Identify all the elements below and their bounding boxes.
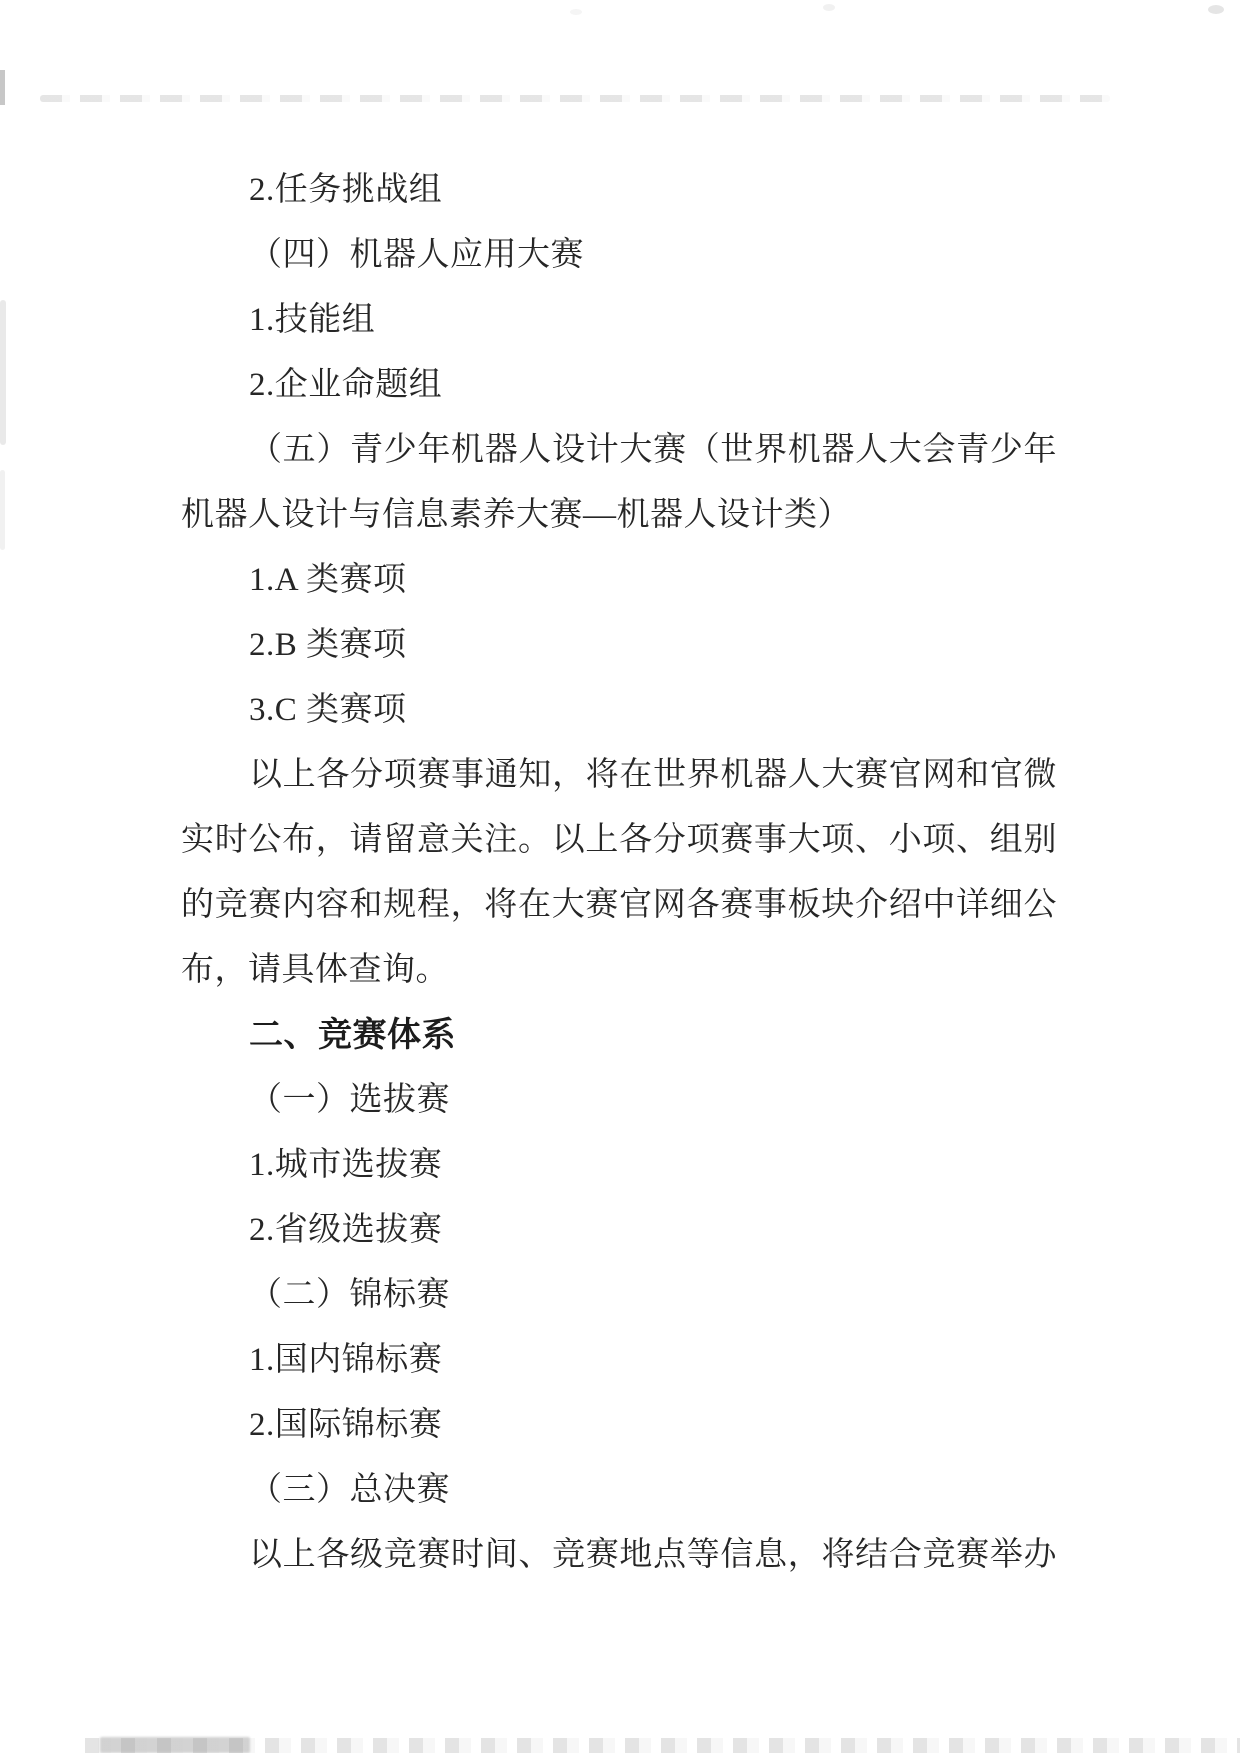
text-line: 布，请具体查询。 bbox=[181, 938, 1057, 1003]
scan-speck bbox=[1208, 5, 1224, 14]
text-line: 的竞赛内容和规程，将在大赛官网各赛事板块介绍中详细公 bbox=[181, 873, 1057, 938]
scan-edge-smudge bbox=[0, 300, 6, 445]
document-body: 2.任务挑战组（四）机器人应用大赛1.技能组2.企业命题组（五）青少年机器人设计… bbox=[181, 158, 1057, 1588]
text-line: 2.国际锦标赛 bbox=[181, 1393, 1057, 1458]
text-line: 以上各级竞赛时间、竞赛地点等信息，将结合竞赛举办 bbox=[181, 1523, 1057, 1588]
text-line: 以上各分项赛事通知，将在世界机器人大赛官网和官微 bbox=[181, 743, 1057, 808]
text-line: 2.企业命题组 bbox=[181, 353, 1057, 418]
text-line: （三）总决赛 bbox=[181, 1458, 1057, 1523]
text-line: （一）选拔赛 bbox=[181, 1068, 1057, 1133]
document-page: 2.任务挑战组（四）机器人应用大赛1.技能组2.企业命题组（五）青少年机器人设计… bbox=[0, 0, 1240, 1753]
text-line: （五）青少年机器人设计大赛（世界机器人大会青少年 bbox=[181, 418, 1057, 483]
text-line: （四）机器人应用大赛 bbox=[181, 223, 1057, 288]
scan-edge-smudge bbox=[0, 470, 5, 550]
text-line: 1.A 类赛项 bbox=[181, 548, 1057, 613]
text-line: 1.城市选拔赛 bbox=[181, 1133, 1057, 1198]
text-line: 3.C 类赛项 bbox=[181, 678, 1057, 743]
scan-artifact-top-band bbox=[40, 95, 1110, 102]
section-heading: 二、竞赛体系 bbox=[181, 1003, 1057, 1068]
text-line: 1.技能组 bbox=[181, 288, 1057, 353]
text-line: 2.任务挑战组 bbox=[181, 158, 1057, 223]
scan-artifact-bottom-band bbox=[85, 1738, 1240, 1753]
scan-edge-smudge bbox=[0, 70, 5, 105]
text-line: 2.B 类赛项 bbox=[181, 613, 1057, 678]
text-line: 实时公布，请留意关注。以上各分项赛事大项、小项、组别 bbox=[181, 808, 1057, 873]
scan-artifact-bottom-blob bbox=[100, 1737, 250, 1753]
text-line: 1.国内锦标赛 bbox=[181, 1328, 1057, 1393]
scan-speck bbox=[570, 9, 582, 15]
text-line: 机器人设计与信息素养大赛—机器人设计类） bbox=[181, 483, 1057, 548]
scan-speck bbox=[823, 4, 835, 11]
text-line: 2.省级选拔赛 bbox=[181, 1198, 1057, 1263]
text-line: （二）锦标赛 bbox=[181, 1263, 1057, 1328]
